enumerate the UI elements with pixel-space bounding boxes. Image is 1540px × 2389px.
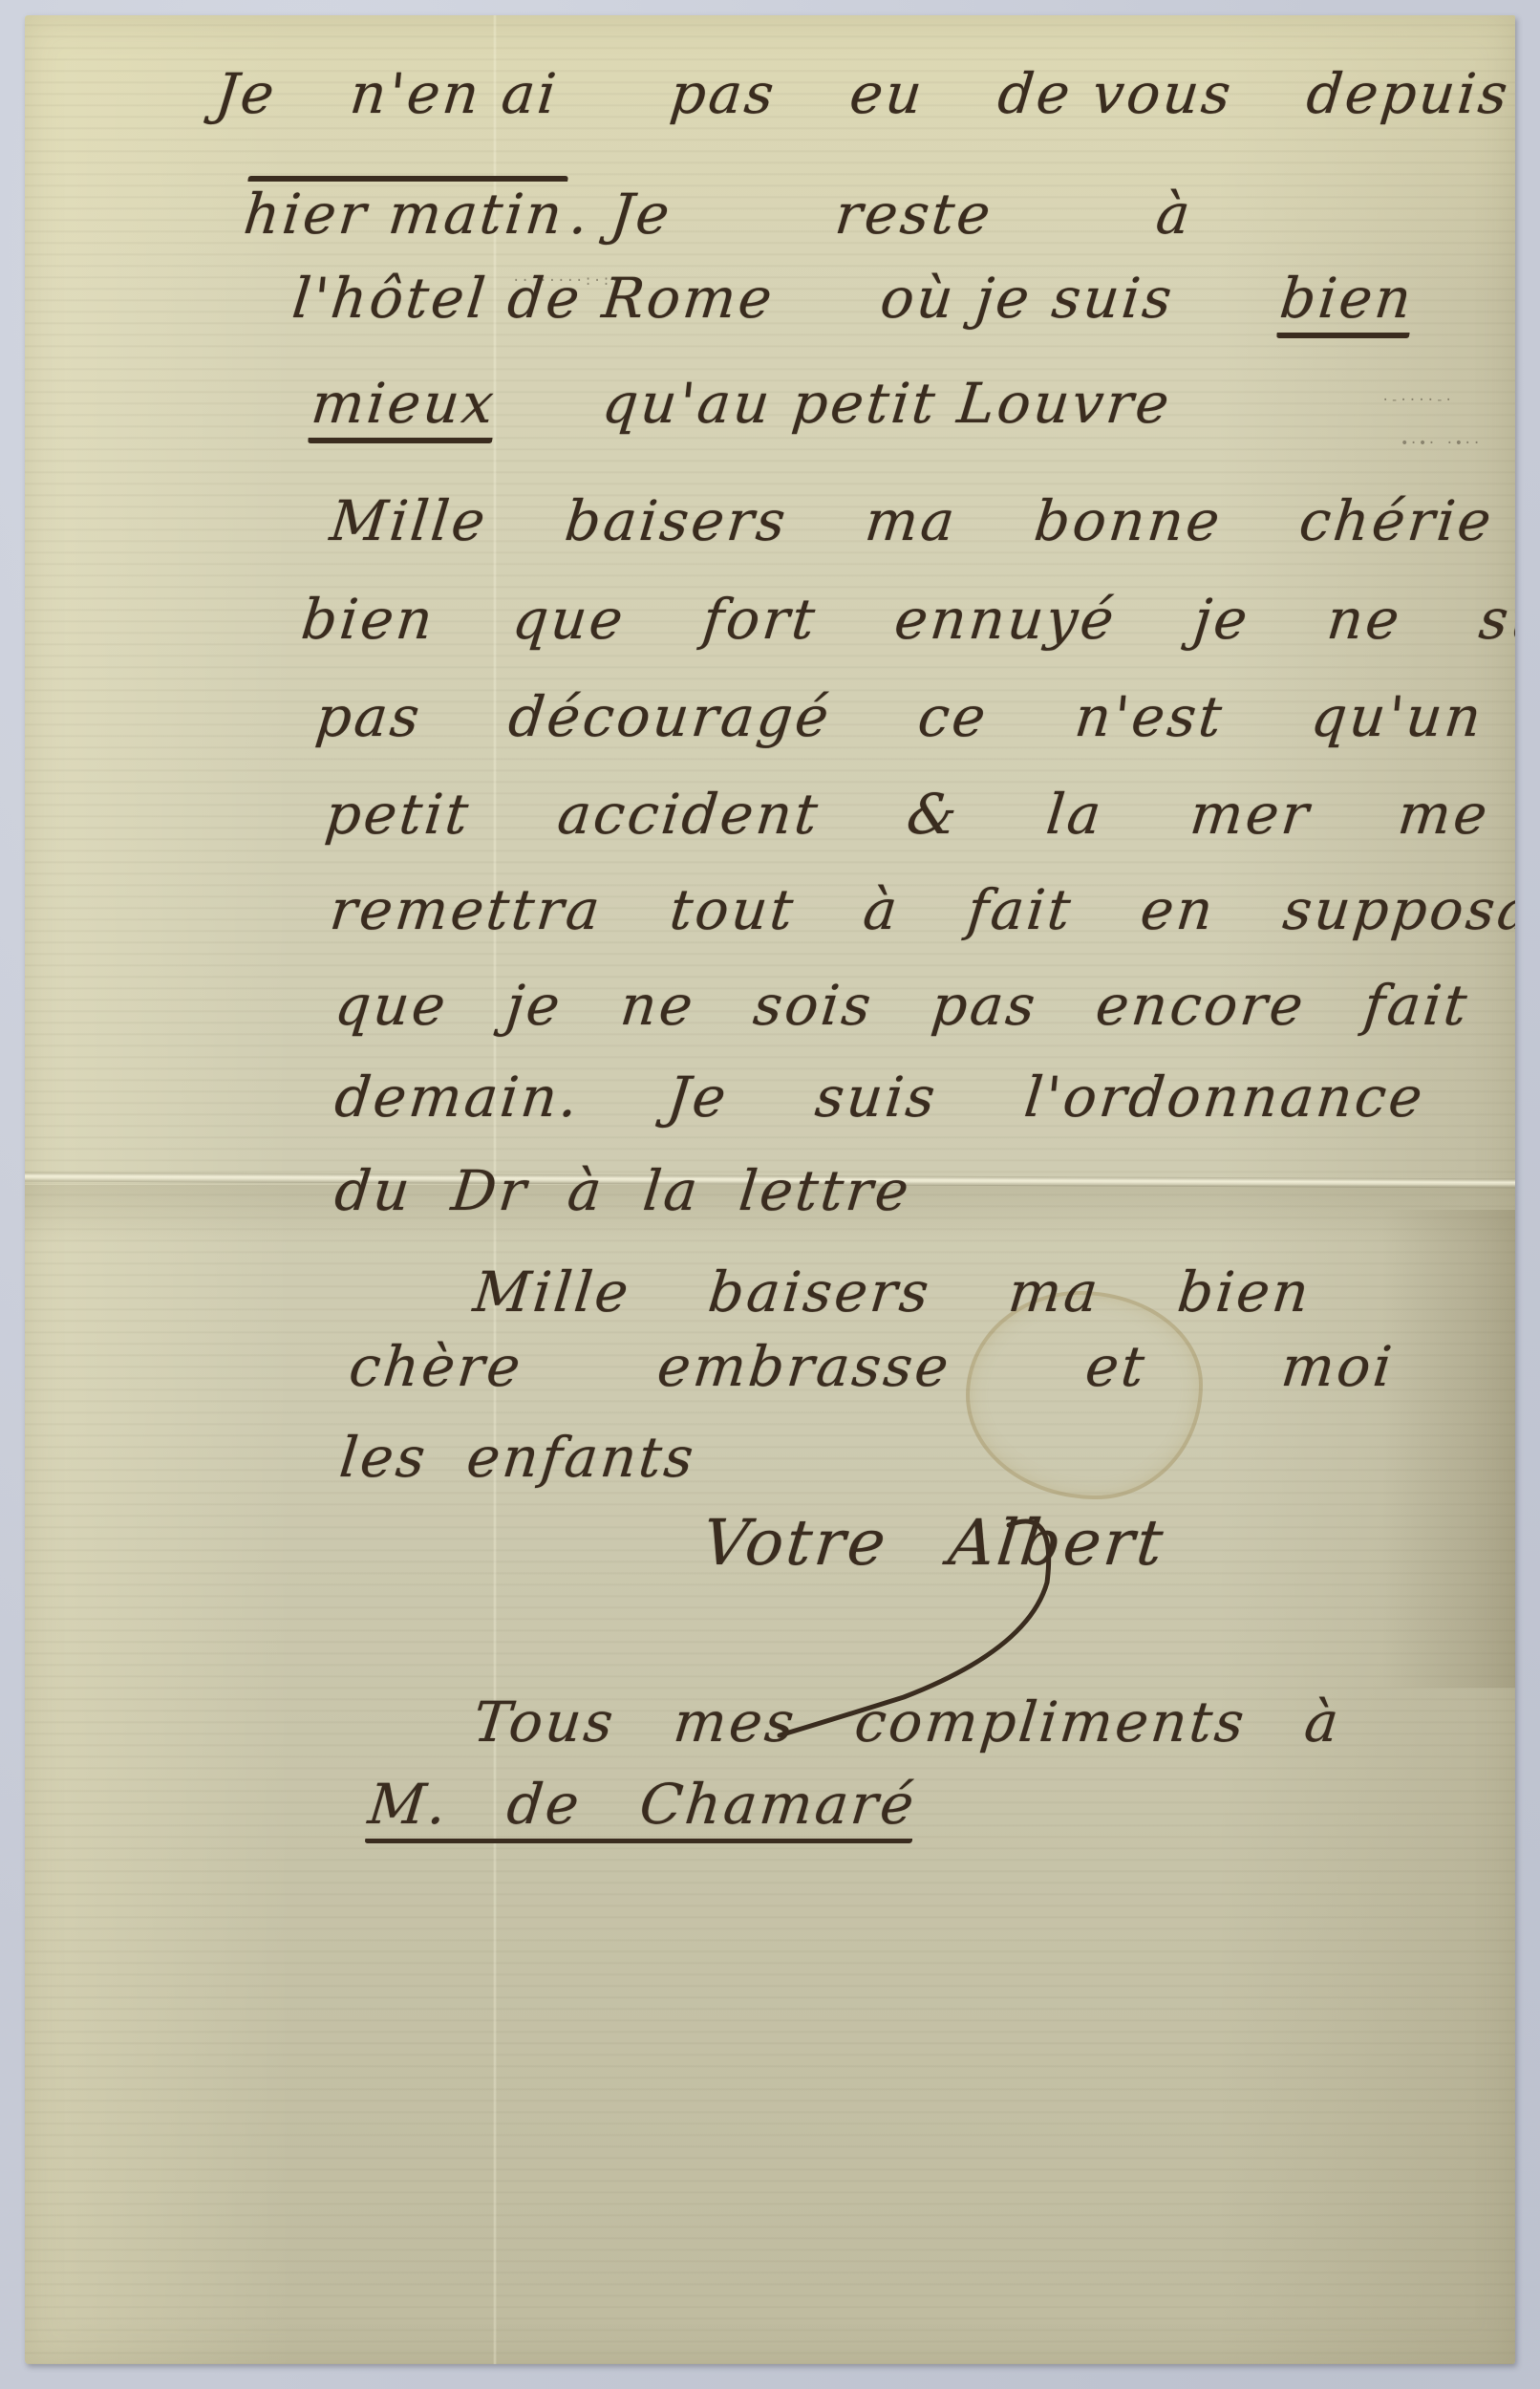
word: reste — [832, 182, 996, 247]
letter-line-2: hier matin. Je reste à — [241, 176, 1250, 247]
underlined-word: bien — [1276, 266, 1417, 338]
underlined-phrase: hier matin — [241, 176, 568, 247]
letter-line-13: Mille baisers ma bien — [470, 1259, 1315, 1324]
word: de vous — [995, 61, 1236, 126]
word: pas — [667, 61, 780, 126]
word: depuis — [1304, 61, 1513, 126]
letter-line-5: Mille baisers ma bonne chérie — [327, 488, 1497, 553]
letter-line-14: chère embrasse et moi — [346, 1334, 1397, 1399]
letter-line-4: mieux qu'au petit Louvre — [308, 371, 1229, 443]
word: . Je — [567, 182, 675, 247]
letter-line-12: du Dr à la lettre — [332, 1158, 914, 1223]
letter-line-1: Je n'en ai pas eu de vous depuis — [212, 61, 1515, 126]
postscript-line-2: M. de Chamaré — [365, 1772, 919, 1837]
letter-line-9: remettra tout à fait en supposant — [327, 877, 1515, 942]
letter-line-3: l'hôtel de Rome où je suis bien — [289, 266, 1470, 338]
word: n'en ai — [347, 61, 562, 126]
word: à — [1153, 182, 1196, 247]
letter-line-8: petit accident & la mer me — [322, 782, 1492, 847]
letter-line-6: bien que fort ennuyé je ne suis — [298, 587, 1515, 652]
word: où je suis — [877, 266, 1177, 331]
letter-line-15: les enfants — [336, 1425, 698, 1490]
edge-shading — [1381, 1210, 1515, 1688]
underlined-word: mieux — [308, 371, 500, 443]
letter-line-7: pas découragé ce n'est qu'un — [312, 684, 1487, 749]
bleed-through-mark: ·-····-· — [1381, 393, 1453, 408]
postscript-line-1: Tous mes compliments à — [470, 1690, 1344, 1754]
word: l'hôtel de Rome — [289, 266, 778, 331]
postscript-name: M. de Chamaré — [365, 1772, 920, 1843]
bleed-through-mark: •·•· ·•·· — [1401, 436, 1482, 451]
letter-line-10: que je ne sois pas encore fait — [332, 973, 1472, 1038]
word: eu — [846, 61, 928, 126]
word: qu'au petit Louvre — [599, 371, 1175, 436]
letter-line-11: demain. Je suis l'ordonnance — [332, 1065, 1427, 1130]
letter-page: ·· ·····:·:· ·-····-· •·•· ·•·· Je n'en … — [25, 15, 1515, 2364]
word: Je — [212, 61, 280, 126]
